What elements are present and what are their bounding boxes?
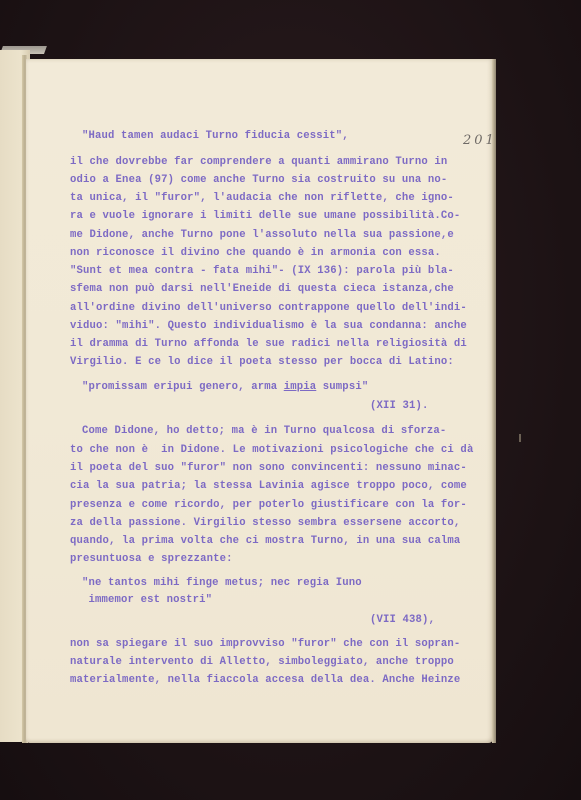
text-line: all'ordine divino dell'universo contrapp… <box>70 302 467 314</box>
text-line: materialmente, nella fiaccola accesa del… <box>70 674 460 686</box>
text-line: "Sunt et mea contra - fata mihi"- (IX 13… <box>70 265 454 277</box>
quote-text: "promissam eripui genero, arma <box>82 381 284 393</box>
page-number: 201 <box>463 133 497 148</box>
text-line: to che non è in Didone. Le motivazioni p… <box>70 444 473 456</box>
quotation-line: "promissam eripui genero, arma impia sum… <box>82 381 368 393</box>
quote-text: sumpsi" <box>316 381 368 393</box>
text-line: Come Didone, ho detto; ma è in Turno qua… <box>82 425 446 437</box>
text-line: non riconosce il divino che quando è in … <box>70 247 441 259</box>
text-line: za della passione. Virgilio stesso sembr… <box>70 517 460 529</box>
text-line: me Didone, anche Turno pone l'assoluto n… <box>70 229 454 241</box>
quotation-line: "Haud tamen audaci Turno fiducia cessit"… <box>82 130 349 142</box>
typewritten-page: 201 "Haud tamen audaci Turno fiducia ces… <box>26 59 494 743</box>
text-line: ra e vuole ignorare i limiti delle sue u… <box>70 210 460 222</box>
text-line: il dramma di Turno affonda le sue radici… <box>70 338 467 350</box>
scanned-page-scene: 201 "Haud tamen audaci Turno fiducia ces… <box>0 0 581 800</box>
citation-line: (XII 31). <box>370 400 429 412</box>
text-line: Virgilio. E ce lo dice il poeta stesso p… <box>70 356 454 368</box>
quotation-line: "ne tantos mihi finge metus; nec regia I… <box>82 577 362 589</box>
text-line: sfema non può darsi nell'Eneide di quest… <box>70 283 454 295</box>
citation-line: (VII 438), <box>370 614 435 626</box>
text-line: non sa spiegare il suo improvviso "furor… <box>70 638 460 650</box>
text-line: quando, la prima volta che ci mostra Tur… <box>70 535 460 547</box>
text-line: ta unica, il "furor", l'audacia che non … <box>70 192 454 204</box>
underlined-word: impia <box>284 381 317 393</box>
text-line: il che dovrebbe far comprendere a quanti… <box>70 156 447 168</box>
text-line: presuntuosa e sprezzante: <box>70 553 233 565</box>
text-line: odio a Enea (97) come anche Turno sia co… <box>70 174 447 186</box>
text-line: presenza e come ricordo, per poterlo giu… <box>70 499 467 511</box>
text-line: naturale intervento di Alletto, simboleg… <box>70 656 454 668</box>
margin-mark <box>519 434 521 442</box>
text-line: il poeta del suo "furor" non sono convin… <box>70 462 467 474</box>
text-line: viduo: "mihi". Questo individualismo è l… <box>70 320 467 332</box>
text-line: cia la sua patria; la stessa Lavinia agi… <box>70 480 467 492</box>
quotation-line: immemor est nostri" <box>82 594 212 606</box>
